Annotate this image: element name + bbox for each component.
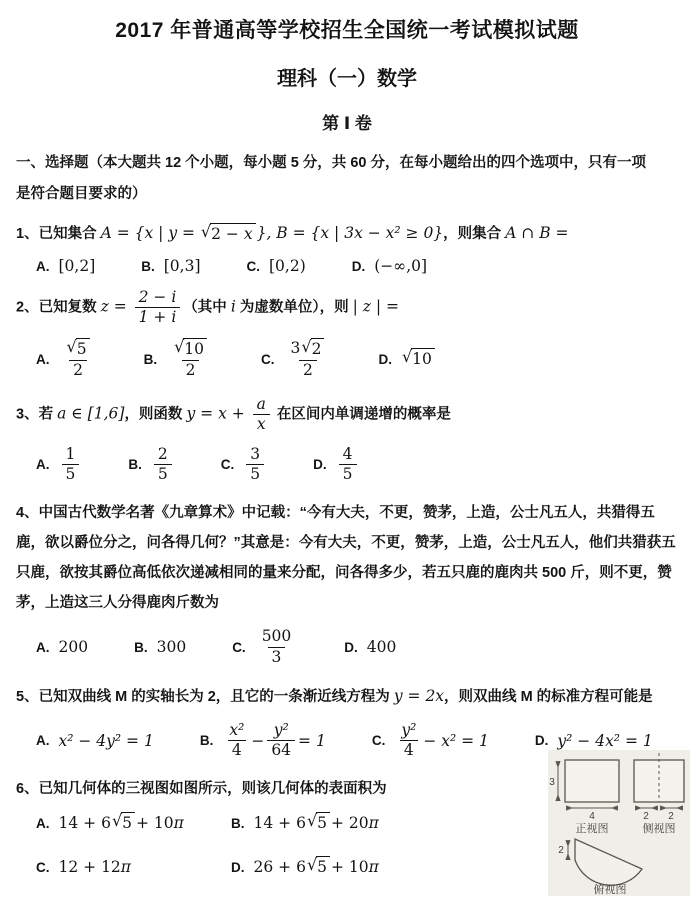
question-number: 2、 [16,300,39,316]
question-4: 4、中国古代数学名著《九章算术》中记载：“今有大夫，不更，赞茅，上造，公士凡五人… [16,498,678,669]
fraction: x²4 [225,721,248,762]
option-label: C. [221,457,235,472]
option-A: A.[0,2] [36,257,95,275]
front-view-rect [565,760,619,802]
top-height-value: 2 [558,845,564,856]
fraction-numerator: √10 [169,338,212,360]
text-run: ，则函数 [124,406,186,422]
math-run: 200 [59,638,89,656]
sqrt-expression: √5 [67,338,90,360]
option-A: A.√52 [36,337,98,382]
option-label: B. [141,259,155,274]
math-run: 3 [272,648,282,666]
option-D: D.(−∞,0] [352,257,427,275]
math-run: 14 + 6 [254,814,306,832]
fraction: 5003 [258,627,296,668]
front-height-value: 3 [549,777,555,788]
math-run: 5 [317,858,327,876]
fraction-numerator: y² [270,721,293,741]
math-run: 5 [158,465,168,483]
option-label: D. [231,860,245,875]
math-run: 400 [367,638,397,656]
text-run: 已知几何体的三视图如图所示，则该几何体的表面积为 [39,781,387,797]
option-label: A. [36,259,50,274]
text-run: 已知复数 [39,300,101,316]
option-label: B. [231,816,245,831]
option-A: A.15 [36,444,82,487]
math-run: 1 + i [139,308,177,326]
option-label: A. [36,733,50,748]
fraction-denominator: 5 [246,464,264,485]
option-C: C.3√22 [261,337,332,382]
fraction-numerator: 2 − i [135,288,181,307]
math-run: 14 + 6 [59,814,111,832]
question-number: 5、 [16,689,39,705]
radicand: 5 [121,812,135,834]
option-D: D.45 [313,444,359,487]
text-run: ，则双曲线 M 的标准方程可能是 [444,689,653,705]
fraction-numerator: 2 [154,445,172,465]
radicand: 5 [76,338,90,360]
three-view-figure: 3 4 正视图 2 2 侧视图 2 俯视图 [548,750,690,896]
fraction-numerator: y² [397,721,420,741]
math-run: z = [101,298,132,316]
math-run: 5 [250,465,260,483]
option-B: B.[0,3] [141,257,200,275]
option-label: D. [352,259,366,274]
question-stem: 5、已知双曲线 M 的实轴长为 2，且它的一条渐近线方程为 y = 2x，则双曲… [16,681,678,712]
exam-page: 2017 年普通高等学校招生全国统一考试模拟试题 理科（一）数学 第 Ⅰ 卷 一… [0,0,694,898]
option-B: B.x²4 − y²64 = 1 [200,720,326,763]
fraction: 2 − i1 + i [135,288,181,328]
option-label: B. [134,640,148,655]
option-B: B.25 [128,444,174,487]
math-run: A = {x | y = [101,224,200,242]
fraction: 25 [154,445,172,486]
math-run: 4 [232,741,242,759]
sqrt-expression: √10 [174,338,207,360]
question-3: 3、若 a ∈ [1,6]，则函数 y = x + ax 在区间内单调递增的概率… [16,394,678,486]
sqrt-expression: √2 − x [201,223,256,246]
radicand: 10 [183,338,207,360]
option-label: D. [378,352,392,367]
question-stem: 4、中国古代数学名著《九章算术》中记载：“今有大夫，不更，赞茅，上造，公士凡五人… [16,498,678,618]
option-label: D. [535,733,549,748]
question-1: 1、已知集合 A = {x | y = √2 − x}, B = {x | 3x… [16,218,678,275]
option-B: B.√102 [144,337,215,382]
option-B: B.14 + 6√5 + 20π [231,812,379,834]
math-run: 5 [66,465,76,483]
math-run: 2 [312,340,322,358]
option-label: A. [36,816,50,831]
math-run: 5 [317,814,327,832]
fraction: 35 [246,445,264,486]
radicand: 5 [316,812,330,834]
math-run: 5 [343,465,353,483]
math-run: | z | = [353,298,399,316]
option-label: D. [344,640,358,655]
text-run: 已知双曲线 M 的实轴长为 2，且它的一条渐近线方程为 [39,689,394,705]
option-label: C. [36,860,50,875]
option-label: C. [261,352,275,367]
fraction-denominator: 5 [154,464,172,485]
option-label: A. [36,352,50,367]
math-run: 10 [412,350,432,368]
volume-heading: 第 Ⅰ 卷 [16,109,678,134]
math-run: y² [401,721,416,739]
fraction: y²4 [397,721,420,762]
fraction: √102 [169,338,212,381]
math-run: x [244,225,253,243]
fraction: 15 [62,445,80,486]
math-run: 5 [122,814,132,832]
fraction-denominator: 3 [268,647,286,668]
option-label: C. [232,640,246,655]
math-run: 1 [66,445,76,463]
side-view-label: 侧视图 [643,822,676,835]
side-right-value: 2 [668,811,674,822]
radicand: 2 − x [210,223,255,246]
fraction-denominator: 2 [182,360,200,381]
option-label: B. [200,733,214,748]
radicand: 2 [311,338,325,360]
fraction-numerator: x² [225,721,248,741]
math-run: x [257,415,266,433]
front-view-label: 正视图 [576,822,609,835]
math-run: y = x + [186,404,249,422]
fraction-numerator: 3 [246,445,264,465]
option-D: D.26 + 6√5 + 10π [231,856,379,878]
math-run: 10 [184,340,204,358]
math-run: 26 + 6 [254,858,306,876]
instruction-line-1: 一、选择题（本大题共 12 个小题，每小题 5 分，共 60 分，在每小题给出的… [16,148,678,179]
options-group: A.200B.300C.5003D.400 [36,626,678,669]
option-A: A.x² − 4y² = 1 [36,732,154,750]
math-run: A ∩ B = [505,224,568,242]
fraction-denominator: 64 [267,740,295,761]
math-run: 2 − [211,225,244,243]
option-C: C.12 + 12π [36,856,231,878]
option-C: C.35 [221,444,267,487]
fraction: √52 [62,338,95,381]
sqrt-expression: √5 [307,856,330,878]
math-run: = 1 [298,732,326,750]
question-number: 1、 [16,226,39,242]
text-run: ，则集合 [443,226,505,242]
option-label: B. [128,457,142,472]
fraction-denominator: 4 [228,740,246,761]
fraction-numerator: √5 [62,338,95,360]
fraction-denominator: x [253,414,270,434]
options-group: A.√52B.√102C.3√22D.√10 [36,337,678,382]
top-view-label: 俯视图 [594,883,627,896]
math-run: π [369,858,379,876]
math-run: y² − 4x² = 1 [557,732,652,750]
fraction-numerator: 1 [62,445,80,465]
fraction: ax [253,395,270,435]
question-stem: 2、已知复数 z = 2 − i1 + i（其中 i 为虚数单位），则 | z … [16,287,678,329]
three-view-svg: 3 4 正视图 2 2 侧视图 2 俯视图 [548,750,690,896]
math-run: + 20 [331,814,369,832]
option-label: B. [144,352,158,367]
radicand: 10 [411,348,435,370]
math-run: − [251,732,264,750]
math-run: x² − 4y² = 1 [59,732,154,750]
option-B: B.300 [134,638,186,656]
sqrt-expression: √5 [112,812,135,834]
question-number: 3、 [16,406,39,422]
option-C: C.[0,2) [247,257,306,275]
math-run: [0,3] [164,257,201,275]
text-run: 若 [39,406,58,422]
math-run: }, B = {x | 3x − x² ≥ 0} [257,224,444,242]
math-run: 2 − i [139,288,177,306]
math-run: 3 [291,339,301,357]
math-run: π [174,814,184,832]
question-stem: 1、已知集合 A = {x | y = √2 − x}, B = {x | 3x… [16,218,678,249]
question-2: 2、已知复数 z = 2 − i1 + i（其中 i 为虚数单位），则 | z … [16,287,678,382]
math-run: 2 [186,361,196,379]
math-run: 64 [271,741,291,759]
question-number: 4、 [16,505,39,521]
side-left-value: 2 [643,811,649,822]
options-group: A.14 + 6√5 + 10πB.14 + 6√5 + 20πC.12 + 1… [36,812,379,879]
math-run: + 10 [331,858,369,876]
fraction-denominator: 2 [299,360,317,381]
option-A: A.14 + 6√5 + 10π [36,812,231,834]
math-run: + 10 [136,814,174,832]
radicand: 5 [316,856,330,878]
option-label: D. [313,457,327,472]
math-run: 3 [250,445,260,463]
question-number: 6、 [16,781,39,797]
text-run: 在区间内单调递增的概率是 [273,406,451,422]
math-run: x² [229,721,244,739]
instruction-line-2: 是符合题目要求的） [16,179,678,210]
page-subtitle: 理科（一）数学 [16,62,678,91]
fraction-numerator: 3√2 [287,338,330,360]
math-run: 2 [303,361,313,379]
sqrt-expression: √2 [301,338,324,360]
math-run: [0,2] [59,257,96,275]
section-instruction: 一、选择题（本大题共 12 个小题，每小题 5 分，共 60 分，在每小题给出的… [16,148,678,210]
math-run: 2 [158,445,168,463]
fraction-numerator: 4 [339,445,357,465]
math-run: − x² = 1 [423,732,489,750]
page-title: 2017 年普通高等学校招生全国统一考试模拟试题 [16,14,678,44]
math-run: y² [274,721,289,739]
option-A: A.200 [36,638,88,656]
text-run: 已知集合 [39,226,101,242]
option-C: C.5003 [232,626,298,669]
math-run: 500 [262,627,292,645]
fraction-numerator: 500 [258,627,296,647]
fraction: 3√22 [287,338,330,381]
text-run: 中国古代数学名著《九章算术》中记载：“今有大夫，不更，赞茅，上造，公士凡五人，共… [16,505,676,611]
fraction-denominator: 2 [69,360,87,381]
option-D: D.y² − 4x² = 1 [535,732,653,750]
question-stem: 3、若 a ∈ [1,6]，则函数 y = x + ax 在区间内单调递增的概率… [16,394,678,436]
fraction: 45 [339,445,357,486]
option-label: A. [36,640,50,655]
fraction-denominator: 5 [62,464,80,485]
math-run: a ∈ [1,6] [57,404,124,422]
fraction-denominator: 4 [400,740,418,761]
math-run: [0,2) [269,257,306,275]
text-run: 为虚数单位），则 [236,300,353,316]
math-run: 5 [77,340,87,358]
options-group: A.[0,2]B.[0,3]C.[0,2)D.(−∞,0] [36,257,678,275]
fraction-denominator: 5 [339,464,357,485]
options-group: A.15B.25C.35D.45 [36,444,678,487]
option-D: D.√10 [378,348,435,370]
math-run: 2 [73,361,83,379]
math-run: 12 + 12 [59,858,121,876]
sqrt-expression: √10 [402,348,435,370]
front-width-value: 4 [589,811,595,822]
fraction: y²64 [267,721,295,762]
math-run: (−∞,0] [374,257,427,275]
math-run: a [257,395,266,413]
math-run: 300 [157,638,187,656]
option-D: D.400 [344,638,396,656]
option-label: C. [372,733,386,748]
math-run: π [121,858,131,876]
text-run: （其中 [183,300,231,316]
option-label: A. [36,457,50,472]
math-run: 4 [404,741,414,759]
fraction-denominator: 1 + i [135,307,181,327]
math-run: π [369,814,379,832]
fraction-numerator: a [253,395,270,414]
math-run: y = 2x [394,687,444,705]
option-C: C.y²4 − x² = 1 [372,720,489,763]
option-label: C. [247,259,261,274]
sqrt-expression: √5 [307,812,330,834]
math-run: 4 [343,445,353,463]
